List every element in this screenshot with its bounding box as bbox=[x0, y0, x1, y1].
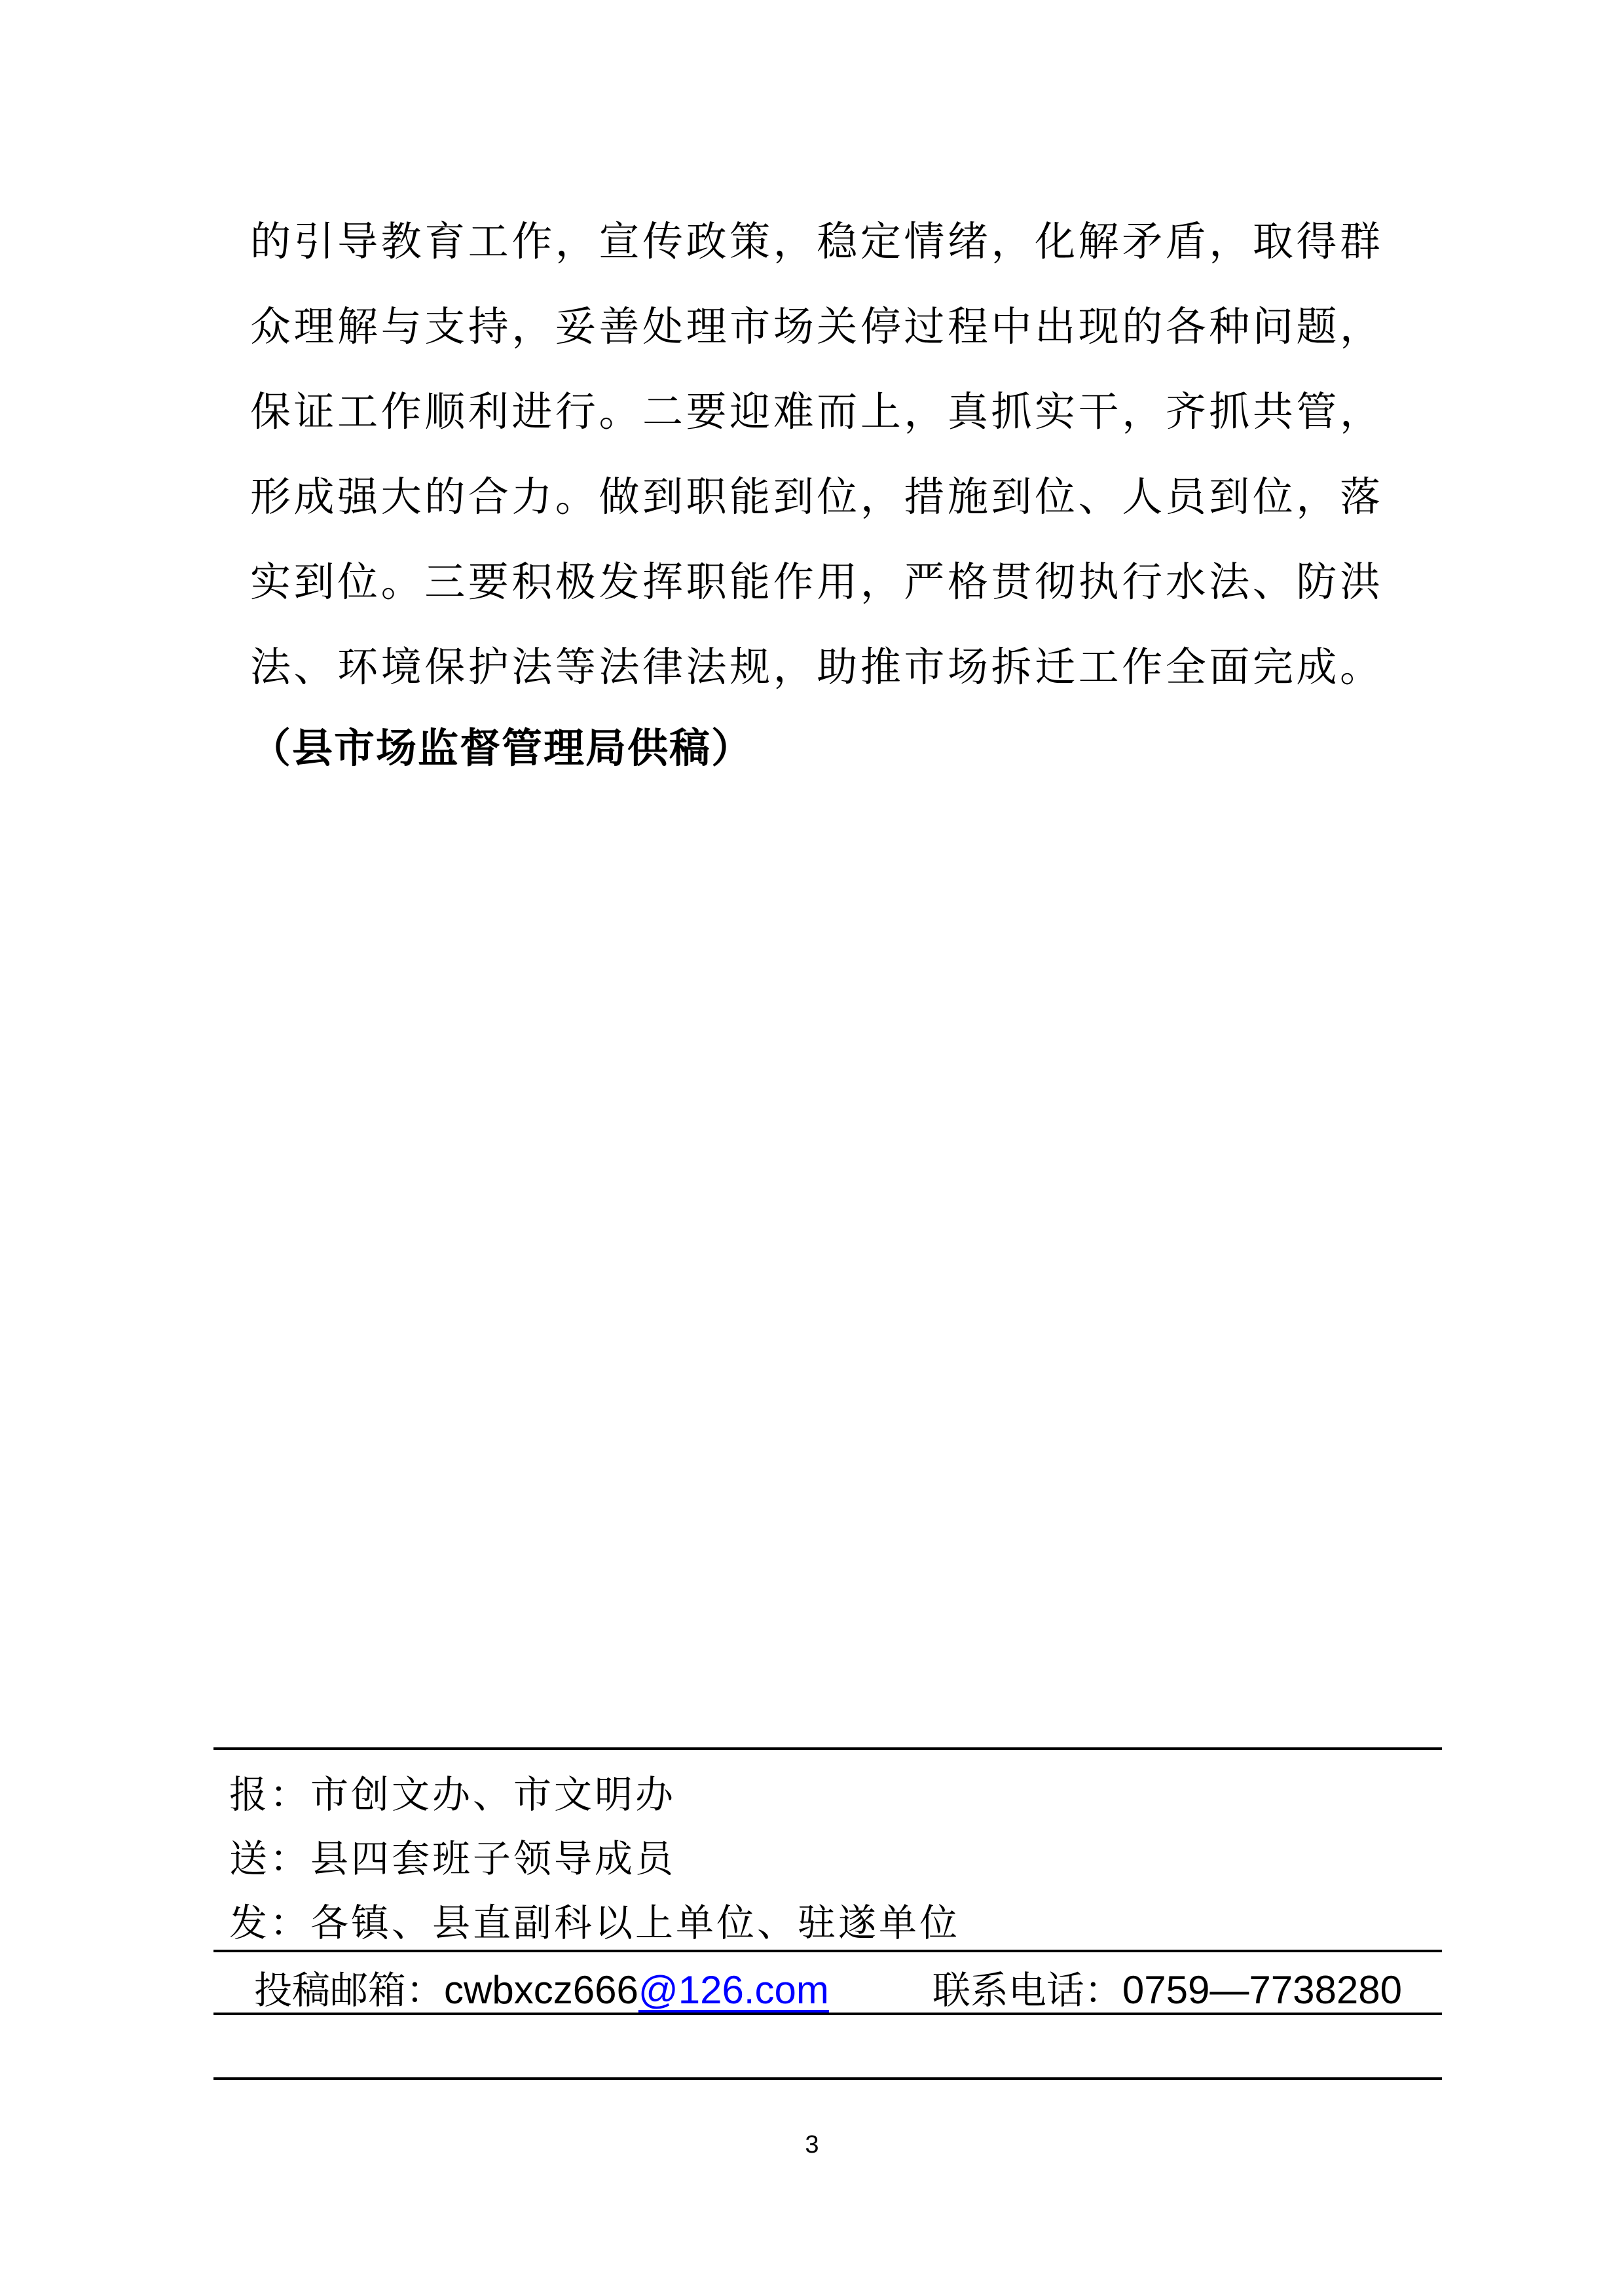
body-paragraph: 的引导教育工作，宣传政策，稳定情绪，化解矛盾，取得群 众理解与支持，妥善处理市场… bbox=[250, 199, 1380, 710]
body-text-line: 众理解与支持，妥善处理市场关停过程中出现的各种问题， bbox=[250, 284, 1380, 369]
contact-line: 投稿邮箱：cwbxcz666@126.com联系电话：0759—7738280 bbox=[254, 1967, 1402, 2014]
rule-below-distribution bbox=[213, 1950, 1442, 1952]
body-text-line: 的引导教育工作，宣传政策，稳定情绪，化解矛盾，取得群 bbox=[250, 199, 1380, 284]
distribution-report-line: 报：市创文办、市文明办 bbox=[229, 1762, 960, 1827]
rule-footer-bottom bbox=[213, 2077, 1442, 2080]
phone-number: 0759—7738280 bbox=[1122, 1968, 1402, 2012]
phone-label: 联系电话： bbox=[932, 1968, 1122, 2013]
distribution-list: 报：市创文办、市文明办 送：县四套班子领导成员 发：各镇、县直副科以上单位、驻遂… bbox=[229, 1762, 960, 1955]
body-text-line: 法、环境保护法等法律法规，助推市场拆迁工作全面完成。 bbox=[250, 625, 1380, 710]
attribution-line: （县市场监督管理局供稿） bbox=[250, 706, 753, 791]
email-link[interactable]: @126.com bbox=[638, 1968, 829, 2012]
body-text-line: 保证工作顺利进行。二要迎难而上，真抓实干，齐抓共管， bbox=[250, 369, 1380, 454]
document-page: 的引导教育工作，宣传政策，稳定情绪，化解矛盾，取得群 众理解与支持，妥善处理市场… bbox=[0, 0, 1624, 2296]
rule-below-contact bbox=[213, 2013, 1442, 2015]
body-text-line: 实到位。三要积极发挥职能作用，严格贯彻执行水法、防洪 bbox=[250, 539, 1380, 625]
email-user: cwbxcz666 bbox=[444, 1968, 638, 2012]
rule-above-distribution bbox=[213, 1747, 1442, 1750]
page-number: 3 bbox=[0, 2129, 1624, 2160]
body-text-line: 形成强大的合力。做到职能到位，措施到位、人员到位，落 bbox=[250, 454, 1380, 539]
email-label: 投稿邮箱： bbox=[254, 1968, 444, 2013]
phone-group: 联系电话：0759—7738280 bbox=[932, 1968, 1402, 2013]
distribution-issue-line: 发：各镇、县直副科以上单位、驻遂单位 bbox=[229, 1891, 960, 1955]
distribution-send-line: 送：县四套班子领导成员 bbox=[229, 1827, 960, 1891]
